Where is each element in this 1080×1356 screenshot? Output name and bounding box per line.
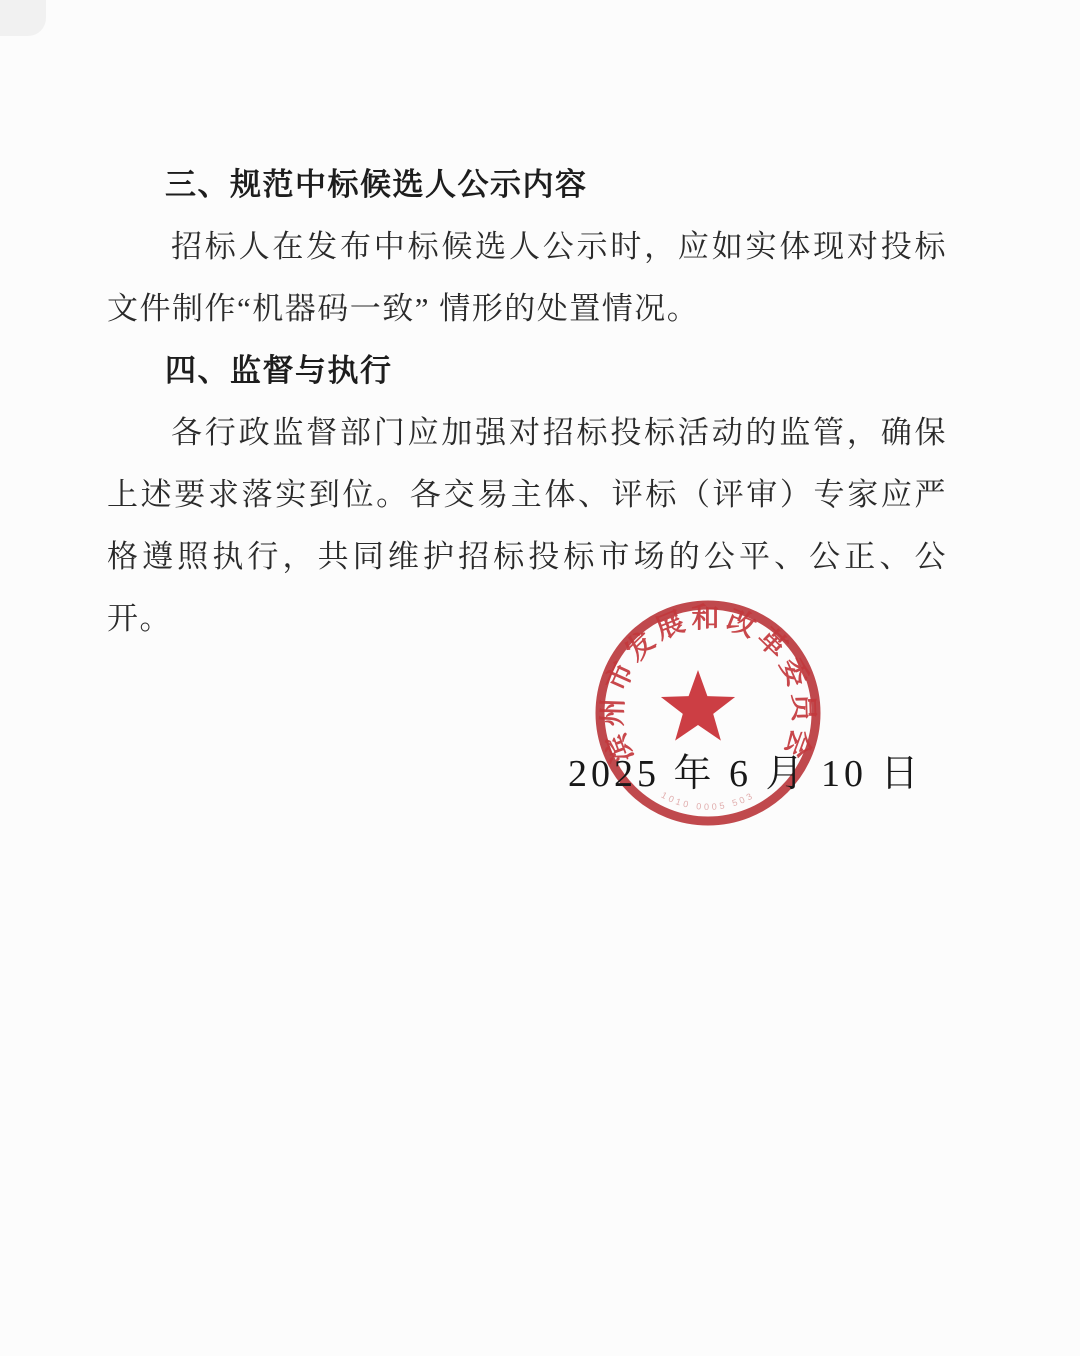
document-page: 三、规范中标候选人公示内容 招标人在发布中标候选人公示时，应如实体现对投标文件制… bbox=[0, 0, 1080, 1356]
section-heading-3: 三、规范中标候选人公示内容 bbox=[107, 154, 947, 216]
scan-artifact bbox=[0, 0, 46, 36]
document-date: 2025 年 6 月 10 日 bbox=[568, 742, 923, 797]
section-heading-4: 四、监督与执行 bbox=[107, 340, 947, 402]
seal-star-icon bbox=[661, 670, 735, 741]
section-paragraph-3: 招标人在发布中标候选人公示时，应如实体现对投标文件制作“机器码一致” 情形的处置… bbox=[107, 216, 947, 340]
document-body: 三、规范中标候选人公示内容 招标人在发布中标候选人公示时，应如实体现对投标文件制… bbox=[107, 154, 947, 650]
official-seal: 滨州市发展和改革委员会 1010 0005 503 bbox=[583, 590, 833, 840]
